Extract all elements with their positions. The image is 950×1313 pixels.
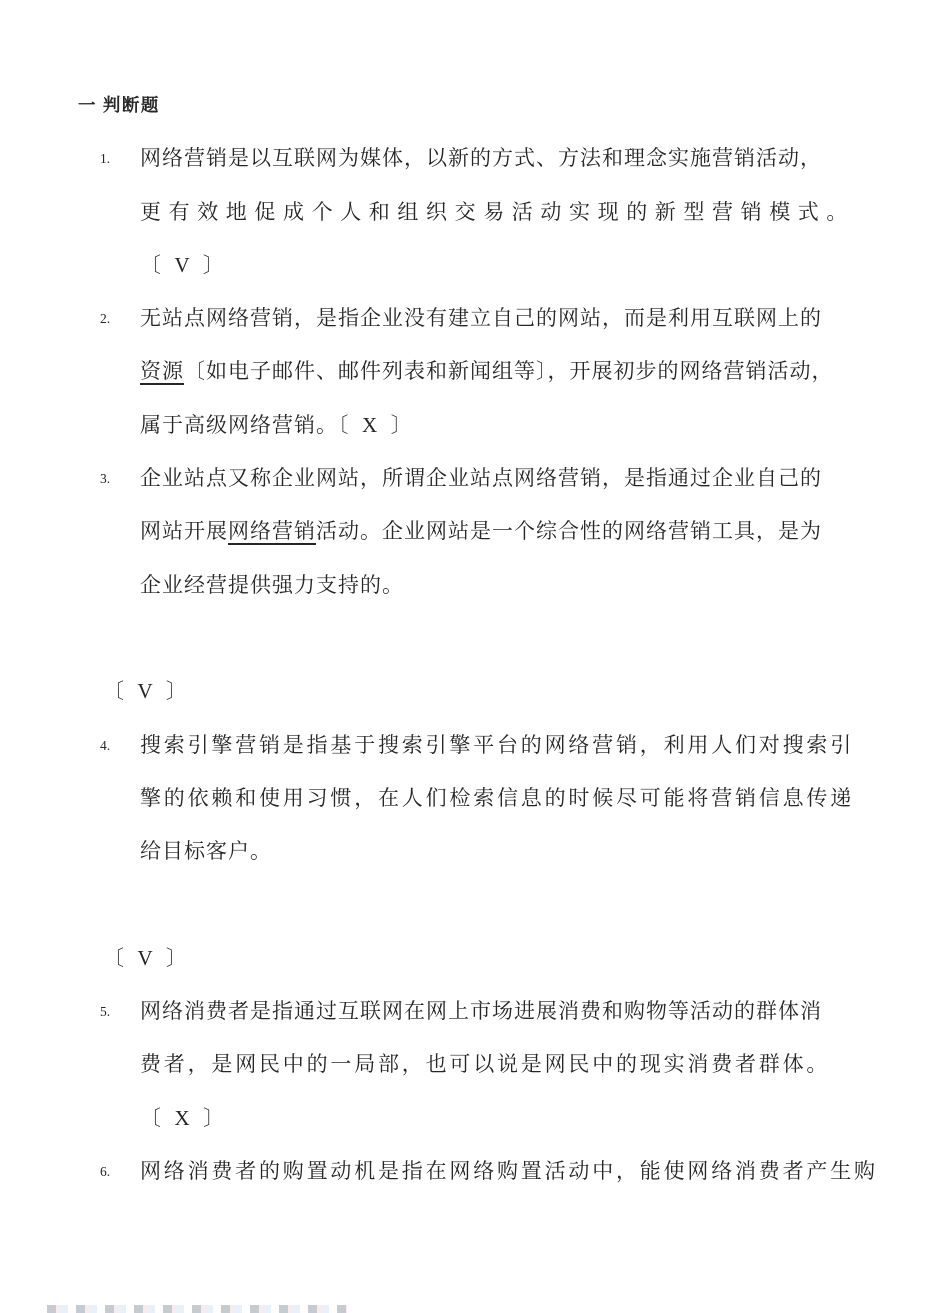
question-text-line: 2.无站点网络营销，是指企业没有建立自己的网站，而是利用互联网上的 <box>0 292 950 345</box>
text-segment: 活动。企业网站是一个综合性的网络营销工具，是为 <box>316 519 822 543</box>
question-text-line: 网站开展网络营销活动。企业网站是一个综合性的网络营销工具，是为 <box>0 505 950 558</box>
question-text-line: 擎的依赖和使用习惯，在人们检索信息的时候尽可能将营销信息传递 <box>0 772 950 825</box>
question-text-line: 给目标客户。 <box>0 825 950 878</box>
text-segment: 费者，是网民中的一局部，也可以说是网民中的现实消费者群体。 <box>140 1052 830 1076</box>
cut-off-text-fragment <box>47 1305 347 1313</box>
answer-line: 〔 V 〕 <box>0 665 950 718</box>
underlined-text: 网络营销 <box>228 519 316 543</box>
answer-line: 〔 X 〕 <box>0 1092 950 1145</box>
question-text-line: 5.网络消费者是指通过互联网在网上市场进展消费和购物等活动的群体消 <box>0 985 950 1038</box>
question-number: 3. <box>100 452 110 505</box>
blank-line <box>0 612 950 665</box>
text-segment: 网络消费者的购置动机是指在网络购置活动中，能使网络消费者产生购 <box>140 1159 878 1183</box>
text-segment: 属于高级网络营销。〔 X 〕 <box>140 413 413 437</box>
text-segment: 〔如电子邮件、邮件列表和新闻组等〕，开展初步的网络营销活动， <box>184 359 834 383</box>
question-number: 4. <box>100 719 110 772</box>
underlined-text: 资源 <box>140 359 184 383</box>
questions-list: 1.网络营销是以互联网为媒体，以新的方式、方法和理念实施营销活动，更有效地促成个… <box>0 132 950 1198</box>
text-segment: 擎的依赖和使用习惯，在人们检索信息的时候尽可能将营销信息传递 <box>140 786 854 810</box>
text-segment: 网络消费者是指通过互联网在网上市场进展消费和购物等活动的群体消 <box>140 999 822 1023</box>
document-content: 一 判断题 1.网络营销是以互联网为媒体，以新的方式、方法和理念实施营销活动，更… <box>0 79 950 1198</box>
question-text-line: 3.企业站点又称企业网站，所谓企业站点网络营销，是指通过企业自己的 <box>0 452 950 505</box>
question-number: 5. <box>100 985 110 1038</box>
text-segment: 给目标客户。 <box>140 839 272 863</box>
text-segment: 无站点网络营销，是指企业没有建立自己的网站，而是利用互联网上的 <box>140 306 822 330</box>
text-segment: 搜索引擎营销是指基于搜索引擎平台的网络营销，利用人们对搜索引 <box>140 733 854 757</box>
question-text-line: 1.网络营销是以互联网为媒体，以新的方式、方法和理念实施营销活动， <box>0 132 950 185</box>
text-segment: 网络营销是以互联网为媒体，以新的方式、方法和理念实施营销活动， <box>140 146 822 170</box>
text-segment: 〔 V 〕 <box>103 946 188 970</box>
question-number: 1. <box>100 132 110 185</box>
question-text-line: 费者，是网民中的一局部，也可以说是网民中的现实消费者群体。 <box>0 1038 950 1091</box>
document-page: 一 判断题 1.网络营销是以互联网为媒体，以新的方式、方法和理念实施营销活动，更… <box>0 0 950 1313</box>
question-text-line: 资源〔如电子邮件、邮件列表和新闻组等〕，开展初步的网络营销活动， <box>0 345 950 398</box>
text-segment: 企业站点又称企业网站，所谓企业站点网络营销，是指通过企业自己的 <box>140 466 822 490</box>
text-segment: 〔 V 〕 <box>140 253 225 277</box>
text-segment: 企业经营提供强力支持的。 <box>140 573 404 597</box>
section-heading: 一 判断题 <box>0 79 950 132</box>
text-segment: 网站开展 <box>140 519 228 543</box>
question-text-line: 6.网络消费者的购置动机是指在网络购置活动中，能使网络消费者产生购 <box>0 1145 950 1198</box>
question-number: 6. <box>100 1145 110 1198</box>
text-segment: 更有效地促成个人和组织交易活动实现的新型营销模式。 <box>140 200 855 224</box>
question-number: 2. <box>100 292 110 345</box>
answer-line: 属于高级网络营销。〔 X 〕 <box>0 399 950 452</box>
question-text-line: 更有效地促成个人和组织交易活动实现的新型营销模式。 <box>0 186 950 239</box>
text-segment: 〔 V 〕 <box>103 679 188 703</box>
question-text-line: 4.搜索引擎营销是指基于搜索引擎平台的网络营销，利用人们对搜索引 <box>0 719 950 772</box>
text-segment: 〔 X 〕 <box>140 1106 225 1130</box>
answer-line: 〔 V 〕 <box>0 239 950 292</box>
blank-line <box>0 878 950 931</box>
question-text-line: 企业经营提供强力支持的。 <box>0 559 950 612</box>
answer-line: 〔 V 〕 <box>0 932 950 985</box>
